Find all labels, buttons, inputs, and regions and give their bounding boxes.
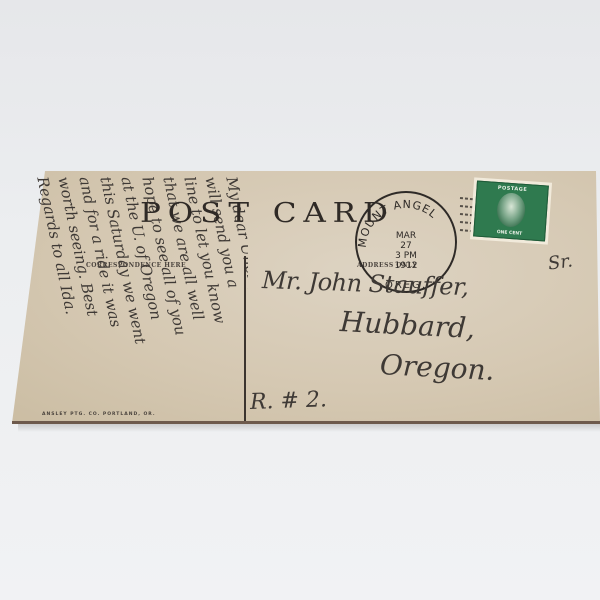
postcard: My dear Uncle, Iwill send you aline to l… (0, 0, 600, 600)
postcard-body (12, 171, 600, 423)
